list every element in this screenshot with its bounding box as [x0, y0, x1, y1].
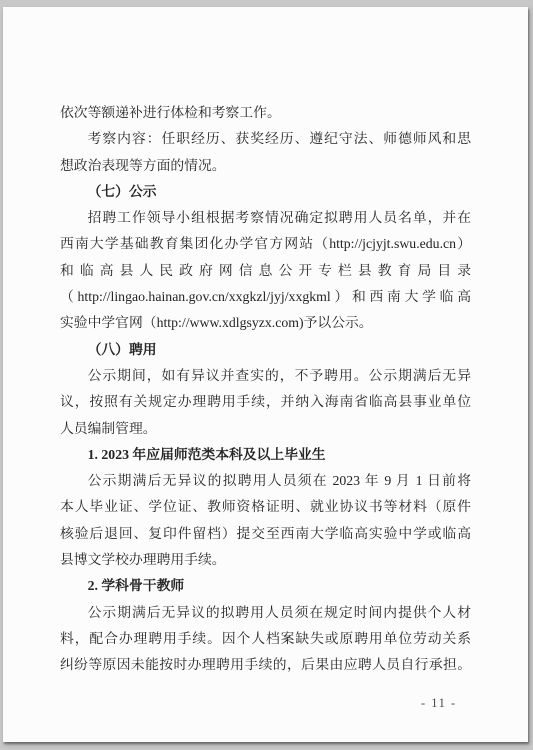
- text-line: 议，按照有关规定办理聘用手续，并纳入海南省临高县事业单位: [60, 389, 471, 415]
- text-line: 想政治表现等方面的情况。: [60, 153, 471, 179]
- text-line: 人员编制管理。: [60, 416, 471, 442]
- text-line: 公示期间，如有异议并查实的，不予聘用。公示期满后无异: [60, 363, 471, 389]
- text-line: 西南大学基础教育集团化办学官方网站（http://jcjyjt.swu.edu.…: [60, 231, 471, 257]
- section-heading: （八）聘用: [60, 337, 471, 363]
- text-line: 公示期满后无异议的拟聘用人员须在 2023 年 9 月 1 日前将: [60, 468, 471, 494]
- document-body: 依次等额递补进行体检和考察工作。 考察内容：任职经历、获奖经历、遵纪守法、师德师…: [60, 100, 471, 679]
- subsection-heading: 2. 学科骨干教师: [60, 573, 471, 599]
- text-line: （http://lingao.hainan.gov.cn/xxgkzl/jyj/…: [60, 284, 471, 310]
- text-line: 实验中学官网（http://www.xdlgsyzx.com)予以公示。: [60, 310, 471, 336]
- text-line: 纠纷等原因未能按时办理聘用手续的，后果由应聘人员自行承担。: [60, 652, 471, 678]
- text-line: 县博文学校办理聘用手续。: [60, 547, 471, 573]
- page-number: - 11 -: [421, 696, 457, 711]
- text-line: 考察内容：任职经历、获奖经历、遵纪守法、师德师风和思: [60, 126, 471, 152]
- text-line: 核验后退回、复印件留档）提交至西南大学临高实验中学或临高: [60, 521, 471, 547]
- text-line: 依次等额递补进行体检和考察工作。: [60, 100, 471, 126]
- text-line: 料，配合办理聘用手续。因个人档案缺失或原聘用单位劳动关系: [60, 626, 471, 652]
- text-line: 招聘工作领导小组根据考察情况确定拟聘用人员名单，并在: [60, 205, 471, 231]
- text-line: 和临高县人民政府网信息公开专栏县教育局目录: [60, 258, 471, 284]
- text-line: 公示期满后无异议的拟聘用人员须在规定时间内提供个人材: [60, 600, 471, 626]
- subsection-heading: 1. 2023 年应届师范类本科及以上毕业生: [60, 442, 471, 468]
- section-heading: （七）公示: [60, 179, 471, 205]
- text-line: 本人毕业证、学位证、教师资格证明、就业协议书等材料（原件: [60, 494, 471, 520]
- document-page: 依次等额递补进行体检和考察工作。 考察内容：任职经历、获奖经历、遵纪守法、师德师…: [3, 7, 528, 742]
